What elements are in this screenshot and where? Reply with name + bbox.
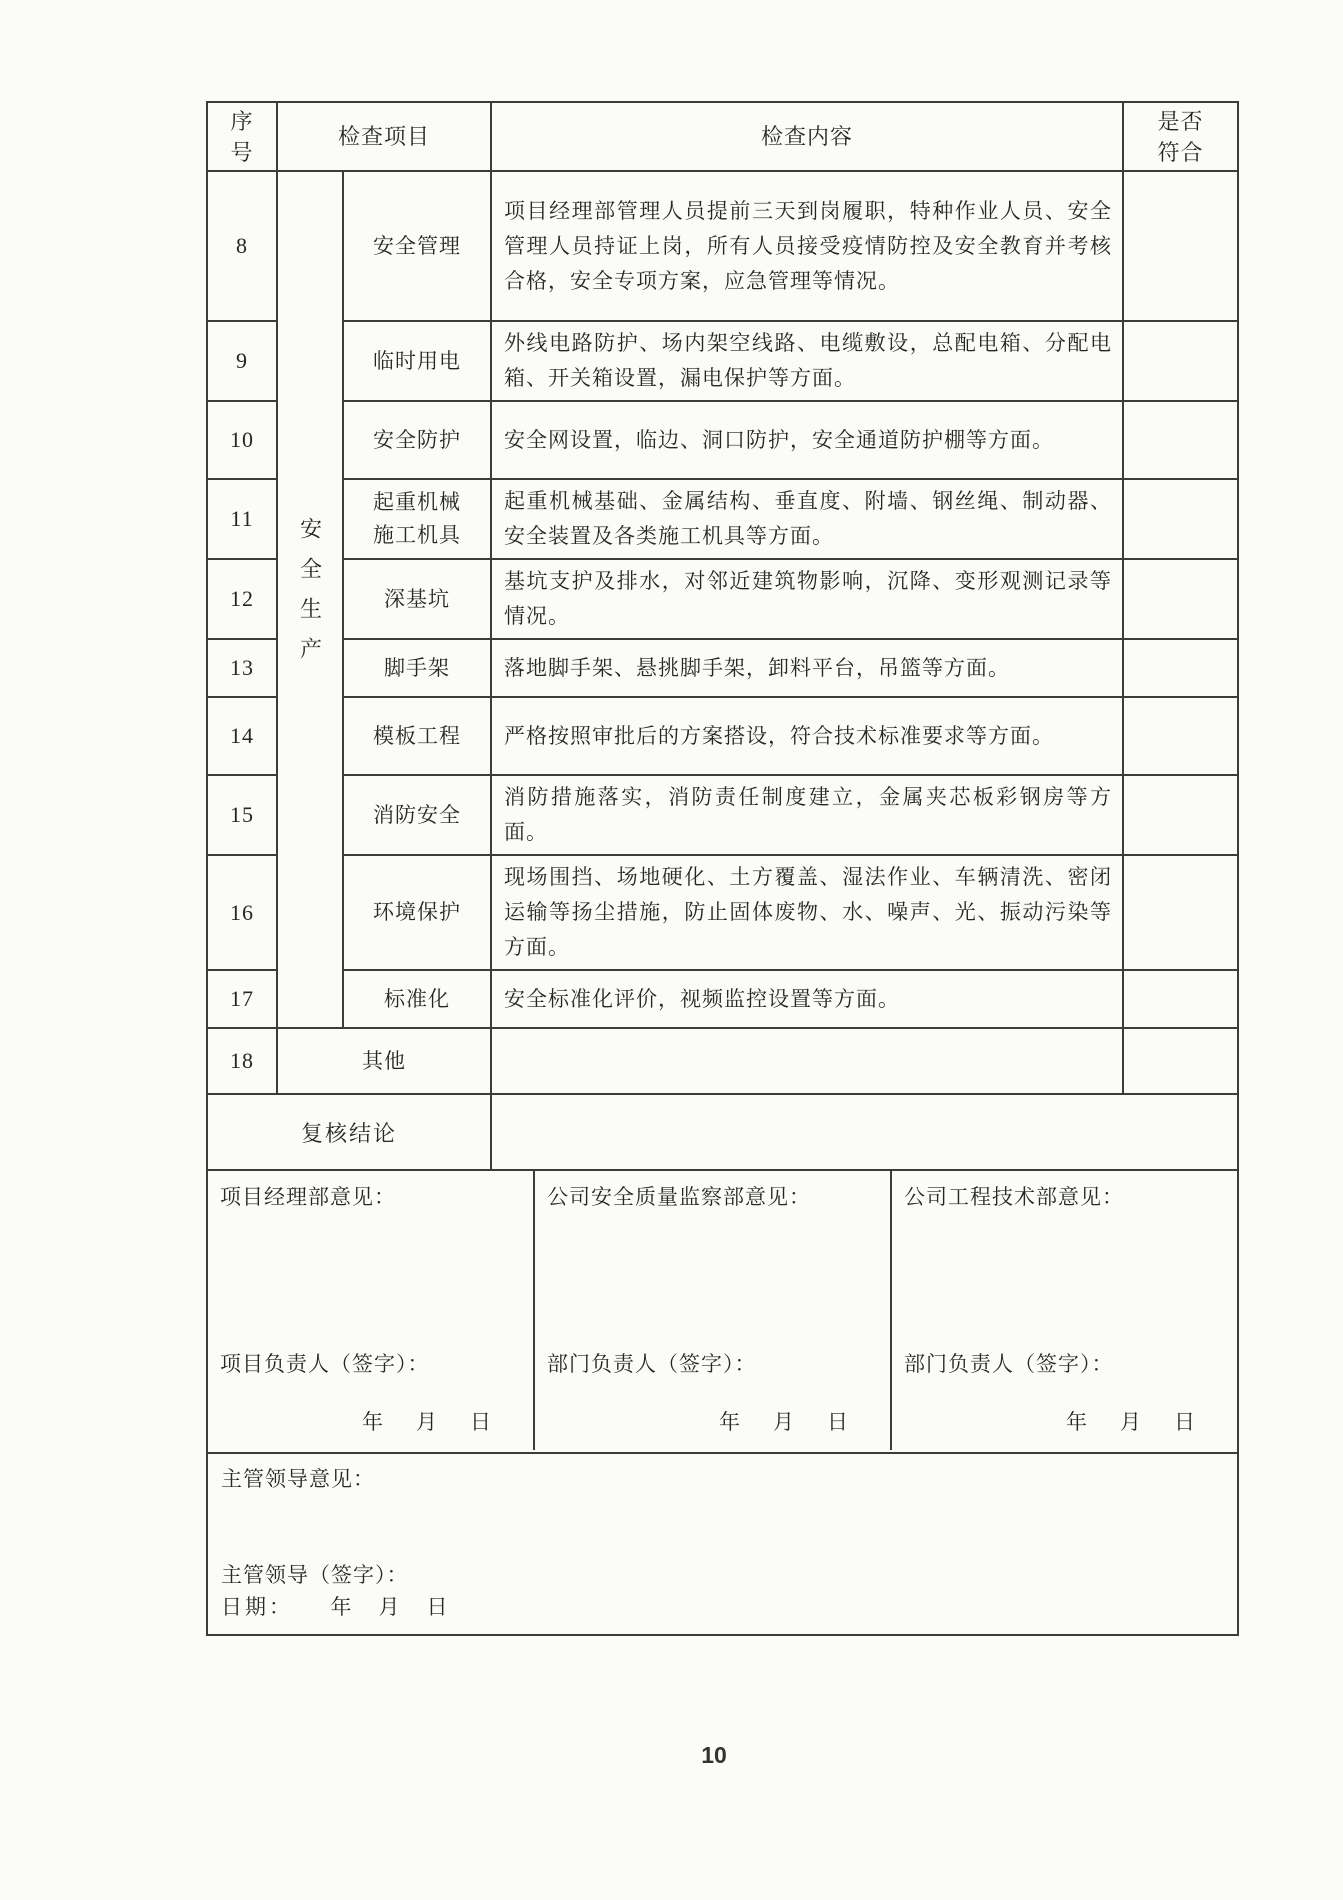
table-row: 9 临时用电 外线电路防护、场内架空线路、电缆敷设，总配电箱、分配电箱、开关箱设… (207, 321, 1238, 401)
row-number: 18 (207, 1028, 277, 1094)
leader-signature-line: 主管领导（签字）： (209, 1559, 1236, 1591)
leader-date-line: 日期： 年 月 日 (209, 1591, 1236, 1631)
opinion-engineering-dept: 公司工程技术部意见： 部门负责人（签字）： 年 月 日 (892, 1171, 1237, 1450)
table-row: 8 安全生产 安全管理 项目经理部管理人员提前三天到岗履职，特种作业人员、安全管… (207, 171, 1238, 321)
col-header-seq: 序号 (207, 102, 277, 171)
category-label: 安全生产 (295, 517, 326, 677)
row-number: 8 (207, 171, 277, 321)
leader-opinion-cell: 主管领导意见： 主管领导（签字）： 日期： 年 月 日 (207, 1453, 1238, 1635)
row-number: 15 (207, 775, 277, 855)
row-number: 14 (207, 697, 277, 775)
item-name: 安全防护 (343, 401, 491, 479)
row-number: 10 (207, 401, 277, 479)
compliance-cell (1123, 1028, 1238, 1094)
inspection-content: 严格按照审批后的方案搭设，符合技术标准要求等方面。 (491, 697, 1123, 775)
item-name: 临时用电 (343, 321, 491, 401)
inspection-content: 现场围挡、场地硬化、土方覆盖、湿法作业、车辆清洗、密闭运输等扬尘措施，防止固体废… (491, 855, 1123, 970)
leader-opinion-title: 主管领导意见： (209, 1455, 1236, 1493)
row-number: 13 (207, 639, 277, 697)
blank-space (535, 1211, 890, 1348)
signature-line: 部门负责人（签字）： (535, 1348, 890, 1406)
item-name-other: 其他 (277, 1028, 491, 1094)
col-header-compliance-label: 是否符合 (1155, 106, 1207, 168)
compliance-cell (1123, 171, 1238, 321)
table-row-other: 18 其他 (207, 1028, 1238, 1094)
opinion-title: 项目经理部意见： (208, 1171, 533, 1211)
inspection-content: 起重机械基础、金属结构、垂直度、附墙、钢丝绳、制动器、安全装置及各类施工机具等方… (491, 479, 1123, 559)
leader-opinion-box: 主管领导意见： 主管领导（签字）： 日期： 年 月 日 (209, 1455, 1236, 1631)
row-number: 17 (207, 970, 277, 1028)
row-number: 16 (207, 855, 277, 970)
item-name: 标准化 (343, 970, 491, 1028)
inspection-table: 序号 检查项目 检查内容 是否符合 8 安全生产 安全管理 项目经理部管理人员提… (206, 101, 1239, 1636)
signature-line: 部门负责人（签字）： (892, 1348, 1237, 1406)
inspection-content: 安全标准化评价，视频监控设置等方面。 (491, 970, 1123, 1028)
table-row: 12 深基坑 基坑支护及排水，对邻近建筑物影响，沉降、变形观测记录等情况。 (207, 559, 1238, 639)
review-conclusion-row: 复核结论 (207, 1094, 1238, 1170)
col-header-content: 检查内容 (491, 102, 1123, 171)
inspection-content: 项目经理部管理人员提前三天到岗履职，特种作业人员、安全管理人员持证上岗，所有人员… (491, 171, 1123, 321)
header-row: 序号 检查项目 检查内容 是否符合 (207, 102, 1238, 171)
inspection-content: 安全网设置，临边、洞口防护，安全通道防护棚等方面。 (491, 401, 1123, 479)
item-name: 起重机械施工机具 (343, 479, 491, 559)
table-row: 10 安全防护 安全网设置，临边、洞口防护，安全通道防护棚等方面。 (207, 401, 1238, 479)
item-name: 环境保护 (343, 855, 491, 970)
table-row: 16 环境保护 现场围挡、场地硬化、土方覆盖、湿法作业、车辆清洗、密闭运输等扬尘… (207, 855, 1238, 970)
compliance-cell (1123, 855, 1238, 970)
table-row: 11 起重机械施工机具 起重机械基础、金属结构、垂直度、附墙、钢丝绳、制动器、安… (207, 479, 1238, 559)
item-name: 消防安全 (343, 775, 491, 855)
inspection-content (491, 1028, 1123, 1094)
row-number: 9 (207, 321, 277, 401)
inspection-content: 消防措施落实，消防责任制度建立，金属夹芯板彩钢房等方面。 (491, 775, 1123, 855)
compliance-cell (1123, 775, 1238, 855)
opinion-safety-quality-dept: 公司安全质量监察部意见： 部门负责人（签字）： 年 月 日 (535, 1171, 892, 1450)
page-number: 10 (684, 1742, 744, 1769)
blank-space (209, 1493, 1236, 1559)
row-number: 12 (207, 559, 277, 639)
opinions-cell: 项目经理部意见： 项目负责人（签字）： 年 月 日 公司安全质量监察部意见： 部… (207, 1170, 1238, 1453)
table-row: 15 消防安全 消防措施落实，消防责任制度建立，金属夹芯板彩钢房等方面。 (207, 775, 1238, 855)
review-conclusion-label: 复核结论 (207, 1094, 491, 1170)
compliance-cell (1123, 321, 1238, 401)
opinion-title: 公司工程技术部意见： (892, 1171, 1237, 1211)
inspection-content: 基坑支护及排水，对邻近建筑物影响，沉降、变形观测记录等情况。 (491, 559, 1123, 639)
document-page: 序号 检查项目 检查内容 是否符合 8 安全生产 安全管理 项目经理部管理人员提… (0, 0, 1343, 1900)
date-line: 年 月 日 (892, 1406, 1237, 1450)
leader-opinion-row: 主管领导意见： 主管领导（签字）： 日期： 年 月 日 (207, 1453, 1238, 1635)
col-header-seq-label: 序号 (229, 106, 255, 168)
opinions-row: 项目经理部意见： 项目负责人（签字）： 年 月 日 公司安全质量监察部意见： 部… (207, 1170, 1238, 1453)
signature-line: 项目负责人（签字）： (208, 1348, 533, 1406)
blank-space (892, 1211, 1237, 1348)
item-name: 安全管理 (343, 171, 491, 321)
date-line: 年 月 日 (208, 1406, 533, 1450)
date-line: 年 月 日 (535, 1406, 890, 1450)
review-conclusion-content (491, 1094, 1238, 1170)
col-header-compliance: 是否符合 (1123, 102, 1238, 171)
compliance-cell (1123, 479, 1238, 559)
compliance-cell (1123, 559, 1238, 639)
item-name: 深基坑 (343, 559, 491, 639)
col-header-item: 检查项目 (277, 102, 491, 171)
compliance-cell (1123, 697, 1238, 775)
item-name: 模板工程 (343, 697, 491, 775)
category-safety-production: 安全生产 (277, 171, 343, 1028)
blank-space (208, 1211, 533, 1348)
compliance-cell (1123, 639, 1238, 697)
inspection-content: 落地脚手架、悬挑脚手架，卸料平台，吊篮等方面。 (491, 639, 1123, 697)
table-row: 14 模板工程 严格按照审批后的方案搭设，符合技术标准要求等方面。 (207, 697, 1238, 775)
item-name: 脚手架 (343, 639, 491, 697)
row-number: 11 (207, 479, 277, 559)
opinion-title: 公司安全质量监察部意见： (535, 1171, 890, 1211)
inspection-content: 外线电路防护、场内架空线路、电缆敷设，总配电箱、分配电箱、开关箱设置，漏电保护等… (491, 321, 1123, 401)
table-row: 17 标准化 安全标准化评价，视频监控设置等方面。 (207, 970, 1238, 1028)
opinions-grid: 项目经理部意见： 项目负责人（签字）： 年 月 日 公司安全质量监察部意见： 部… (208, 1171, 1237, 1450)
opinion-project-dept: 项目经理部意见： 项目负责人（签字）： 年 月 日 (208, 1171, 535, 1450)
compliance-cell (1123, 970, 1238, 1028)
compliance-cell (1123, 401, 1238, 479)
table-row: 13 脚手架 落地脚手架、悬挑脚手架，卸料平台，吊篮等方面。 (207, 639, 1238, 697)
